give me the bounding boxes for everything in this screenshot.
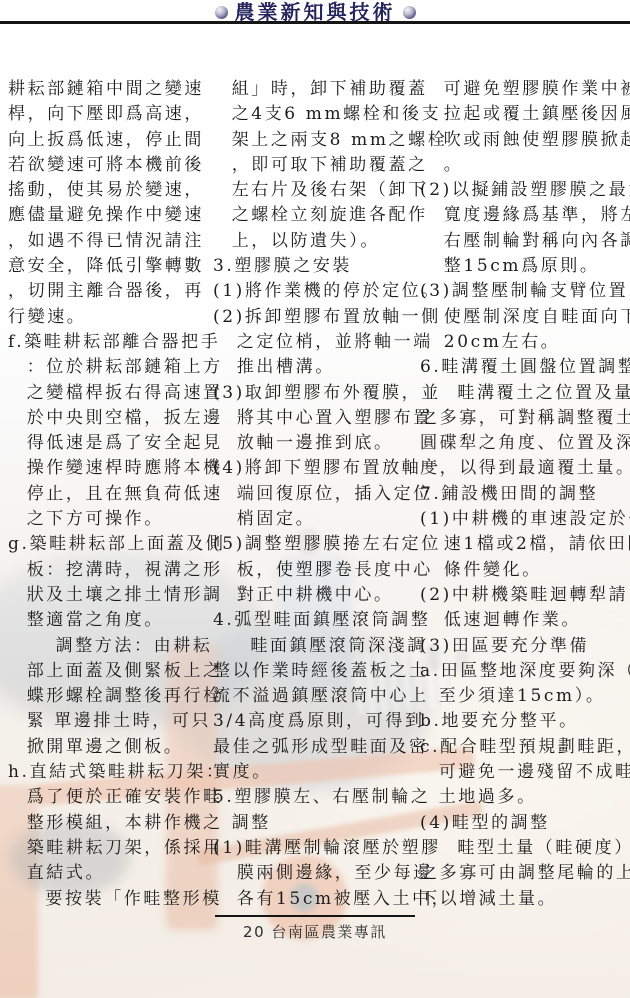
text-line: ，如遇不得已情況請注 bbox=[8, 229, 213, 254]
document-page: 農業新知與技術 耕耘部鏈箱中間之變速桿，向下壓即爲高速，向上扳爲低速，停止間若欲… bbox=[0, 0, 630, 998]
header-rule bbox=[0, 21, 630, 24]
text-column-2: 組」時，卸下補助覆蓋之4支6 mm螺栓和後支架上之兩支8 mm之螺栓，即可取下補… bbox=[213, 77, 420, 912]
text-line: 之定位梢，並將軸一端 bbox=[213, 330, 420, 355]
text-line: (4)畦型的調整 bbox=[420, 811, 628, 836]
text-line: 吹或雨蝕使塑膠膜掀起 bbox=[420, 128, 628, 153]
text-line: (2)中耕機築畦迴轉犁請以 bbox=[420, 583, 628, 608]
page-header: 農業新知與技術 bbox=[0, 1, 630, 23]
text-line: 爲了便於正確安裝作畦 bbox=[8, 785, 213, 810]
text-line: 行變速。 bbox=[8, 305, 213, 330]
footer-text: 20 台南區農業專訊 bbox=[0, 921, 630, 942]
text-line: 對正中耕機中心。 bbox=[213, 583, 420, 608]
text-line: 畦溝覆土之位置及量 bbox=[420, 381, 628, 406]
text-line: 上，以防遺失）。 bbox=[213, 229, 420, 254]
text-line: f.築畦耕耘部離合器把手 bbox=[8, 330, 213, 355]
text-line: 20cm左右。 bbox=[420, 330, 628, 355]
text-line: 築畦耕耘刀架，係採用 bbox=[8, 836, 213, 861]
text-line: 狀及土壤之排土情形調 bbox=[8, 583, 213, 608]
text-line: 得低速是爲了安全起見 bbox=[8, 431, 213, 456]
text-line: 之多寡可由調整尾輪的上 bbox=[420, 861, 628, 886]
text-line: 蝶形螺栓調整後再行栓 bbox=[8, 684, 213, 709]
text-column-1: 耕耘部鏈箱中間之變速桿，向下壓即爲高速，向上扳爲低速，停止間若欲變速可將本機前後… bbox=[8, 77, 213, 912]
text-line: 之4支6 mm螺栓和後支 bbox=[213, 102, 420, 127]
page-title: 農業新知與技術 bbox=[235, 1, 396, 23]
text-line: (1)將作業機的停於定位。 bbox=[213, 279, 420, 304]
text-line: 調整 bbox=[213, 811, 420, 836]
text-line: 下以增減土量。 bbox=[420, 887, 628, 912]
text-line: (3)田區要充分準備 bbox=[420, 634, 628, 659]
text-line: 整15cm爲原則。 bbox=[420, 254, 628, 279]
text-line: 3/4高度爲原則，可得到 bbox=[213, 709, 420, 734]
text-line: 板：挖溝時，視溝之形 bbox=[8, 558, 213, 583]
text-line: 整形模組，本耕作機之 bbox=[8, 811, 213, 836]
text-line: h.直結式築畦耕耘刀架： bbox=[8, 760, 213, 785]
text-line: 7.鋪設機田間的調整 bbox=[420, 482, 628, 507]
text-line: 緊 單邊排土時，可只 bbox=[8, 709, 213, 734]
text-line: 操作變速桿時應將本機 bbox=[8, 456, 213, 481]
text-line: (5)調整塑膠膜捲左右定位 bbox=[213, 532, 420, 557]
text-line: 實度。 bbox=[213, 760, 420, 785]
text-line: 推出槽溝。 bbox=[213, 355, 420, 380]
text-line: 低速迴轉作業。 bbox=[420, 608, 628, 633]
ornament-ball-icon bbox=[215, 6, 228, 19]
text-line: 向上扳爲低速，停止間 bbox=[8, 128, 213, 153]
page-number: 20 bbox=[243, 923, 265, 941]
text-line: 速1檔或2檔，請依田間 bbox=[420, 532, 628, 557]
text-line: 使壓制深度自畦面向下 bbox=[420, 305, 628, 330]
text-line: 板，使塑膠卷長度中心 bbox=[213, 558, 420, 583]
text-line: 右壓制輪對稱向內各調 bbox=[420, 229, 628, 254]
text-line: 膜兩側邊緣，至少每邊 bbox=[213, 861, 420, 886]
text-line: (4)將卸下塑膠布置放軸一 bbox=[213, 456, 420, 481]
text-line: 耕耘部鏈箱中間之變速 bbox=[8, 77, 213, 102]
text-line: 端回復原位，插入定位 bbox=[213, 482, 420, 507]
text-line: ，即可取下補助覆蓋之 bbox=[213, 153, 420, 178]
text-line: 最佳之弧形成型畦面及密 bbox=[213, 735, 420, 760]
footer-rule bbox=[215, 915, 415, 917]
text-line: 意安全，降低引擎轉數 bbox=[8, 254, 213, 279]
text-line: 之下方可操作。 bbox=[8, 507, 213, 532]
text-line: 6.畦溝覆土圓盤位置調整 bbox=[420, 355, 628, 380]
page-footer: 20 台南區農業專訊 bbox=[0, 915, 630, 942]
text-line: 應儘量避免操作中變速 bbox=[8, 203, 213, 228]
text-line: 組」時，卸下補助覆蓋 bbox=[213, 77, 420, 102]
text-line: ：位於耕耘部鏈箱上方 bbox=[8, 355, 213, 380]
text-line: 直結式。 bbox=[8, 861, 213, 886]
text-line: 畦型土量（畦硬度） bbox=[420, 836, 628, 861]
text-line: 各有15cm被壓入土中， bbox=[213, 887, 420, 912]
text-line: 放軸一邊推到底。 bbox=[213, 431, 420, 456]
text-line: 部上面蓋及側緊板上之 bbox=[8, 659, 213, 684]
text-line: 拉起或覆土鎮壓後因風 bbox=[420, 102, 628, 127]
text-line: 梢固定。 bbox=[213, 507, 420, 532]
text-line: 條件變化。 bbox=[420, 558, 628, 583]
text-line: 停止，且在無負荷低速 bbox=[8, 482, 213, 507]
text-line: 流不溢過鎮壓滾筒中心上 bbox=[213, 684, 420, 709]
journal-name: 台南區農業專訊 bbox=[271, 923, 387, 941]
text-line: 要按裝「作畦整形模 bbox=[8, 887, 213, 912]
text-line: 之多寡，可對稱調整覆土 bbox=[420, 406, 628, 431]
text-line: 土地過多。 bbox=[420, 785, 628, 810]
text-line: (2)以擬鋪設塑膠膜之最大 bbox=[420, 178, 628, 203]
text-column-3: 可避免塑膠膜作業中被拉起或覆土鎮壓後因風吹或雨蝕使塑膠膜掀起。(2)以擬鋪設塑膠… bbox=[420, 77, 628, 912]
text-line: 。 bbox=[420, 153, 628, 178]
text-line: 整以作業時經後蓋板之土 bbox=[213, 659, 420, 684]
text-line: 桿，向下壓即爲高速， bbox=[8, 102, 213, 127]
ornament-ball-icon bbox=[403, 6, 416, 19]
text-line: 畦面鎮壓滾筒深淺調 bbox=[213, 634, 420, 659]
text-line: 至少須達15cm）。 bbox=[420, 684, 628, 709]
text-line: 之螺栓立刻旋進各配作 bbox=[213, 203, 420, 228]
text-line: b.地要充分整平。 bbox=[420, 709, 628, 734]
text-line: 寬度邊緣爲基準，將左 bbox=[420, 203, 628, 228]
text-line: 可避免塑膠膜作業中被 bbox=[420, 77, 628, 102]
text-line: 將其中心置入塑膠布置 bbox=[213, 406, 420, 431]
text-line: 度，以得到最適覆土量。 bbox=[420, 456, 628, 481]
text-line: c.配合畦型預規劃畦距， bbox=[420, 735, 628, 760]
text-line: 之變檔桿扳右得高速置 bbox=[8, 381, 213, 406]
text-line: 於中央則空檔，扳左邊 bbox=[8, 406, 213, 431]
text-line: g.築畦耕耘部上面蓋及側 bbox=[8, 532, 213, 557]
text-line: 5.塑膠膜左、右壓制輪之 bbox=[213, 785, 420, 810]
text-line: 調整方法：由耕耘 bbox=[8, 634, 213, 659]
text-line: 架上之兩支8 mm之螺栓 bbox=[213, 128, 420, 153]
text-line: (2)拆卸塑膠布置放軸一側 bbox=[213, 305, 420, 330]
text-line: 3.塑膠膜之安裝 bbox=[213, 254, 420, 279]
text-line: 4.弧型畦面鎮壓滾筒調整 bbox=[213, 608, 420, 633]
text-line: (1)中耕機的車速設定於低 bbox=[420, 507, 628, 532]
text-line: (3)調整壓制輪支臂位置， bbox=[420, 279, 628, 304]
text-line: a.田區整地深度要夠深（ bbox=[420, 659, 628, 684]
text-line: ，切開主離合器後，再 bbox=[8, 279, 213, 304]
text-line: 若欲變速可將本機前後 bbox=[8, 153, 213, 178]
text-line: (1)畦溝壓制輪滾壓於塑膠 bbox=[213, 836, 420, 861]
text-line: 左右片及後右架（卸下 bbox=[213, 178, 420, 203]
text-line: (3)取卸塑膠布外覆膜，並 bbox=[213, 381, 420, 406]
text-line: 掀開單邊之側板。 bbox=[8, 735, 213, 760]
text-line: 整適當之角度。 bbox=[8, 608, 213, 633]
text-line: 搖動，使其易於變速， bbox=[8, 178, 213, 203]
text-line: 可避免一邊殘留不成畦 bbox=[420, 760, 628, 785]
text-line: 圓碟犁之角度、位置及深 bbox=[420, 431, 628, 456]
